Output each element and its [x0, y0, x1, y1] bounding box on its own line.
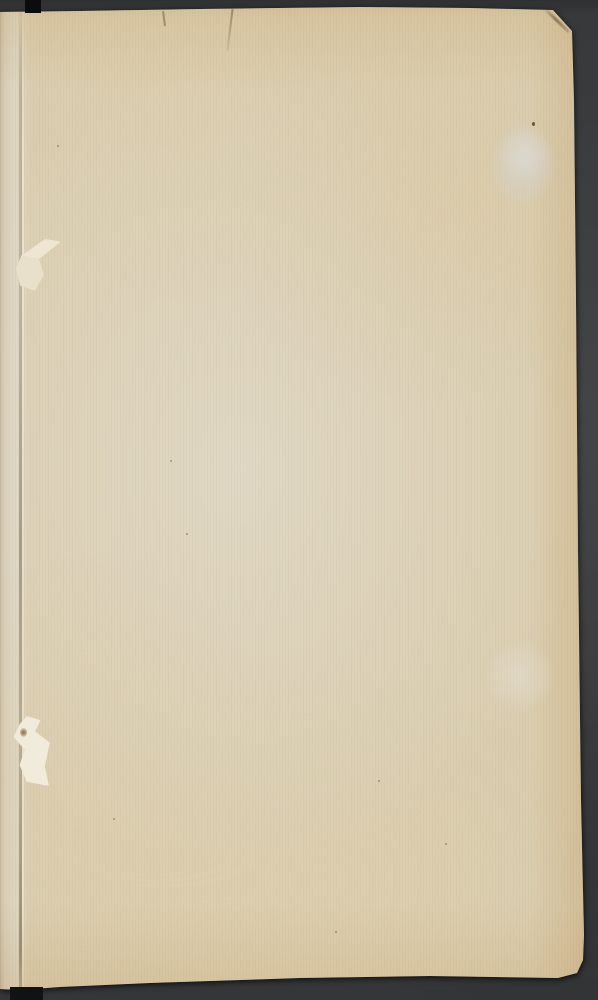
paper-speck [378, 780, 380, 782]
top-edge-crease-tear [226, 9, 233, 51]
clipped-corner-shadow [542, 6, 570, 33]
paper-speck [445, 843, 447, 845]
top-edge-nick [162, 11, 166, 26]
page-drop-shadow [0, 0, 598, 1000]
torn-paper-flap [14, 238, 66, 296]
glue-stain-right-middle [472, 628, 566, 724]
paper-speck [57, 145, 59, 147]
white-tear-patch [12, 716, 54, 786]
paper-mottling-texture [0, 0, 598, 1000]
glue-stain-top-right [478, 108, 564, 220]
torn-flap-blob [16, 255, 44, 291]
paper-speck [532, 122, 535, 126]
gutter-crease-line [19, 12, 22, 990]
brown-spot [20, 728, 27, 737]
black-tab-bottom [10, 987, 43, 1000]
paper-speck [335, 931, 337, 933]
black-tab-top [25, 0, 41, 13]
scanned-book-page-view: { "page": { "visible_text": "", "descrip… [0, 0, 598, 1000]
paper-speck [113, 818, 115, 820]
paper-speck [186, 533, 188, 535]
torn-flap-sliver [18, 236, 63, 264]
book-page-sheet [0, 0, 598, 1000]
paper-speck [170, 460, 172, 462]
gutter-crease-highlight [22, 12, 24, 990]
